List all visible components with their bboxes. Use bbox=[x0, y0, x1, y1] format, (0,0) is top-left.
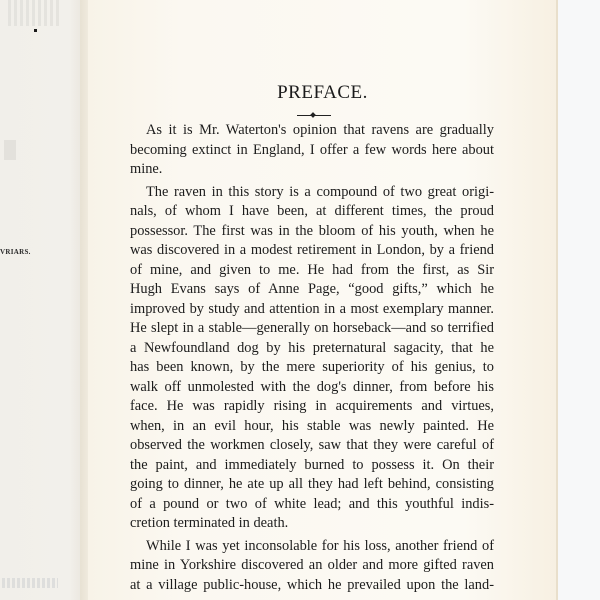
text-line: mine in Yorkshire discovered an older an… bbox=[130, 556, 494, 576]
left-page-fragment-text: VRIARS. bbox=[0, 248, 31, 256]
text-line: when, in an evil hour, his stable was ne… bbox=[130, 417, 494, 437]
bleed-through-text-bottom bbox=[2, 578, 58, 588]
paragraph-2: The raven in this story is a compound of… bbox=[130, 183, 494, 534]
text-line: of a pound or two of white lead; and thi… bbox=[130, 495, 494, 515]
text-line: nals, of whom I have been, at different … bbox=[130, 202, 494, 222]
text-line: of mine, and given to me. He had from th… bbox=[130, 261, 494, 281]
text-line: While I was yet inconsolable for his los… bbox=[130, 537, 494, 557]
text-line: becoming extinct in England, I offer a f… bbox=[130, 141, 494, 161]
text-line: walk off unmolested with the dog's dinne… bbox=[130, 378, 494, 398]
left-page: VRIARS. bbox=[0, 0, 82, 600]
bleed-through-text bbox=[8, 0, 60, 26]
ink-dot bbox=[34, 29, 37, 32]
text-line: mine. bbox=[130, 160, 494, 180]
text-line: has been known, by the mere superiority … bbox=[130, 358, 494, 378]
text-line: He slept in a stable—generally on horseb… bbox=[130, 319, 494, 339]
ornament-divider-icon bbox=[297, 113, 331, 118]
text-line: going to dinner, he ate up all they had … bbox=[130, 475, 494, 495]
preface-body: As it is Mr. Waterton's opinion that rav… bbox=[130, 121, 494, 595]
text-line: Hugh Evans says of Anne Page, “good gift… bbox=[130, 280, 494, 300]
text-line: The raven in this story is a compound of… bbox=[130, 183, 494, 203]
text-line: improved by study and attention in a mos… bbox=[130, 300, 494, 320]
diamond-icon bbox=[310, 112, 316, 118]
text-line: possessor. The first was in the bloom of… bbox=[130, 222, 494, 242]
background bbox=[558, 0, 600, 600]
paragraph-1: As it is Mr. Waterton's opinion that rav… bbox=[130, 121, 494, 180]
text-line: observed the workmen closely, saw that t… bbox=[130, 436, 494, 456]
page-title: PREFACE. bbox=[88, 82, 557, 104]
text-line: at a village public-house, which he prev… bbox=[130, 576, 494, 596]
text-line: As it is Mr. Waterton's opinion that rav… bbox=[130, 121, 494, 141]
paragraph-3: While I was yet inconsolable for his los… bbox=[130, 537, 494, 596]
text-line: a Newfoundland dog by his preternatural … bbox=[130, 339, 494, 359]
text-line: face. He was rapidly rising in acquireme… bbox=[130, 397, 494, 417]
text-line: was discovered in a modest retirement in… bbox=[130, 241, 494, 261]
bleed-through-mark bbox=[4, 140, 16, 160]
text-line: the paint, and immediately burned to pos… bbox=[130, 456, 494, 476]
text-line: cretion terminated in death. bbox=[130, 514, 494, 534]
